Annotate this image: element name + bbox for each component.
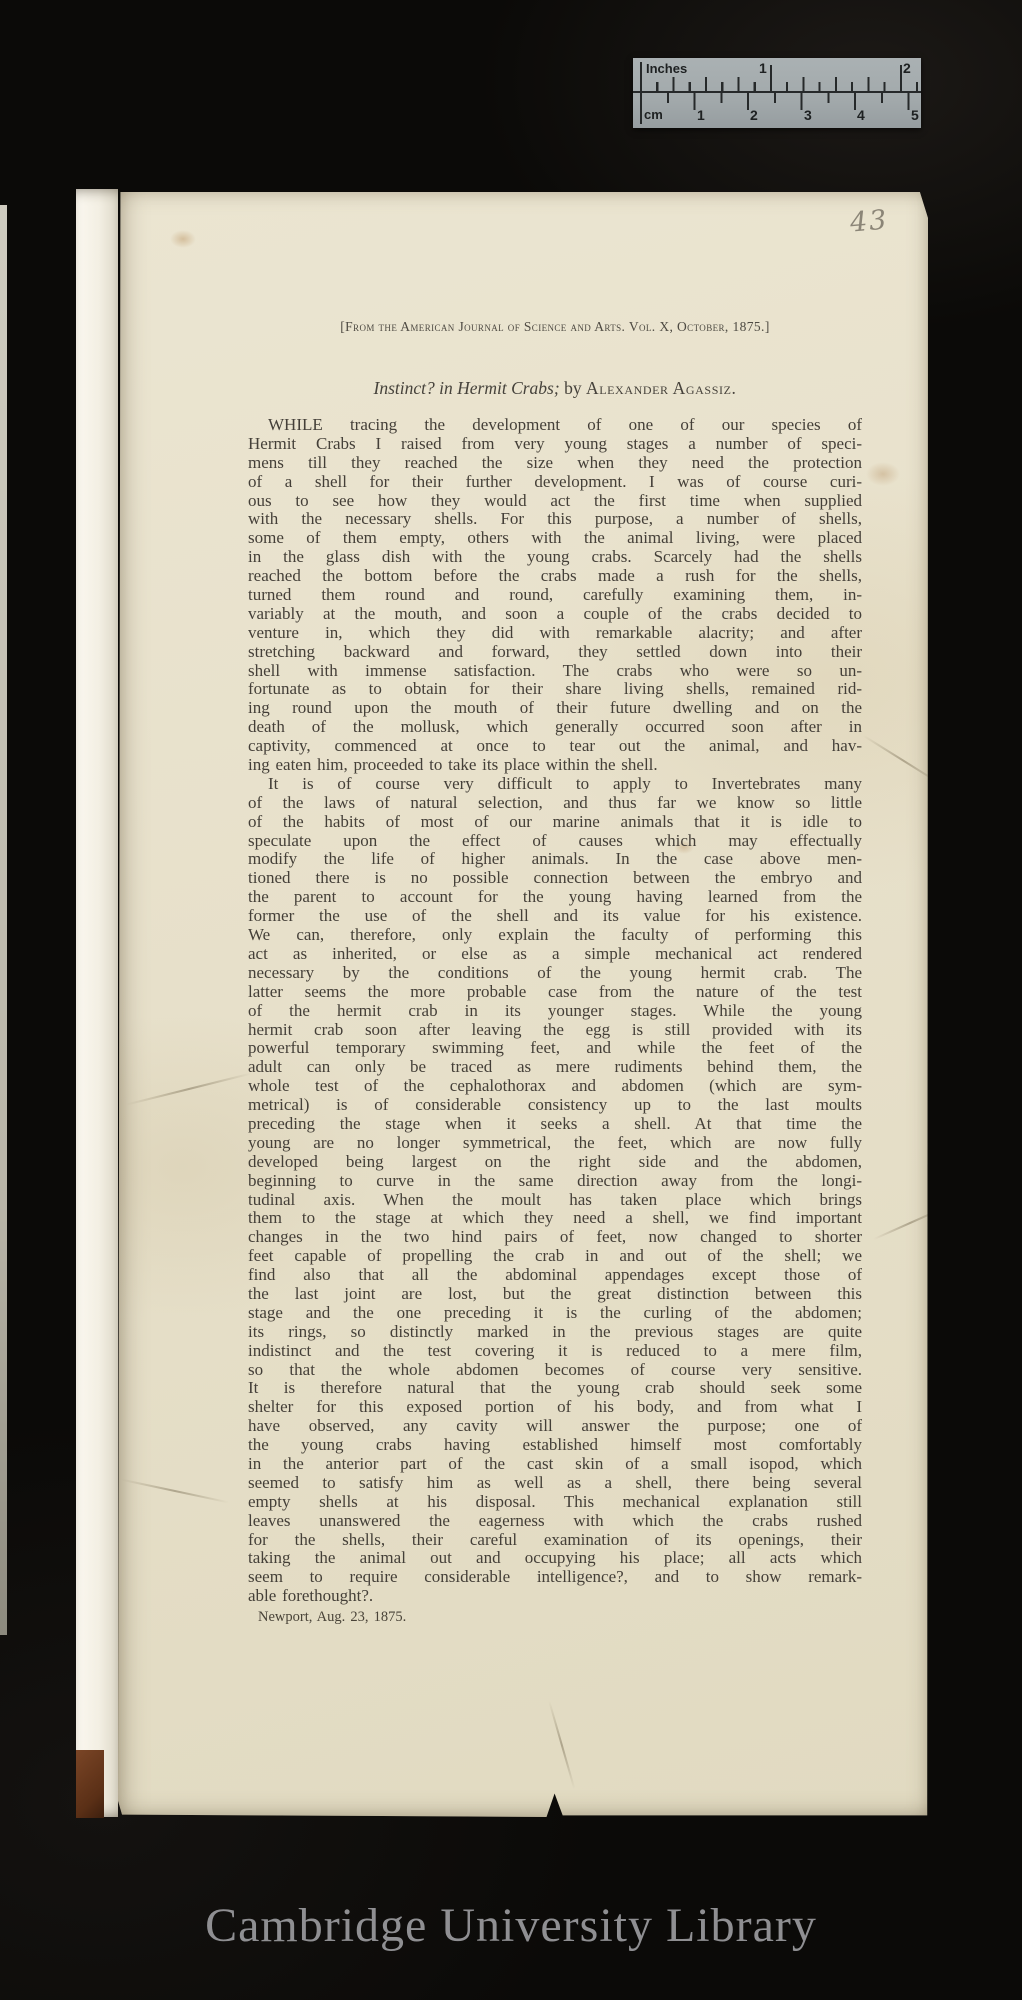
text-line: indistinct and the test covering it is r… [248, 1342, 862, 1361]
text-line: the parent to account for the young havi… [248, 888, 862, 907]
text-line: reached the bottom before the crabs made… [248, 567, 862, 586]
ruler-cm-mark-1: 1 [697, 107, 705, 123]
paper-crease [121, 1479, 229, 1503]
text-line: some of them empty, others with the anim… [248, 529, 862, 548]
text-line: act as inherited, or else as a simple me… [248, 945, 862, 964]
text-line: them to the stage at which they need a s… [248, 1209, 862, 1228]
text-line: necessary by the conditions of the young… [248, 964, 862, 983]
article-title-italic: Instinct? in Hermit Crabs; [374, 378, 560, 398]
dateline: Newport, Aug. 23, 1875. [248, 1608, 862, 1626]
text-line: for the shells, their careful examinatio… [248, 1531, 862, 1550]
measurement-ruler: Inches 1 2 cm 1 2 3 4 5 [633, 58, 921, 128]
text-line: whole test of the cephalothorax and abdo… [248, 1077, 862, 1096]
paper-crease [549, 1700, 576, 1789]
ruler-cm-mark-4: 4 [857, 107, 865, 123]
ruler-cm-ticks [640, 93, 919, 110]
paper-crease [863, 735, 945, 787]
ruler-zero-line [640, 62, 642, 124]
text-line: changes in the two hind pairs of feet, n… [248, 1228, 862, 1247]
text-line: so that the whole abdomen becomes of cou… [248, 1361, 862, 1380]
book-cover-corner [76, 1750, 104, 1818]
ruler-cm-mark-2: 2 [750, 107, 758, 123]
text-line: captivity, commenced at once to tear out… [248, 737, 862, 756]
text-line: latter seems the more probable case from… [248, 983, 862, 1002]
scanned-document-page: 43 [From the American Journal of Science… [118, 192, 928, 1817]
text-line: speculate upon the effect of causes whic… [248, 832, 862, 851]
text-line: It is therefore natural that the young c… [248, 1379, 862, 1398]
text-line: ing round upon the mouth of their future… [248, 699, 862, 718]
text-line: seemed to satisfy him as well as a shell… [248, 1474, 862, 1493]
text-line: venture in, which they did with remarkab… [248, 624, 862, 643]
text-line: shell with immense satisfaction. The cra… [248, 662, 862, 681]
text-line: stretching backward and forward, they se… [248, 643, 862, 662]
text-line: adult can only be traced as mere rudimen… [248, 1058, 862, 1077]
text-line: with the necessary shells. For this purp… [248, 510, 862, 529]
text-line: mens till they reached the size when the… [248, 454, 862, 473]
text-line: of the laws of natural selection, and th… [248, 794, 862, 813]
text-line: its rings, so distinctly marked in the p… [248, 1323, 862, 1342]
handwritten-folio-number: 43 [848, 204, 889, 238]
text-line: in the anterior part of the cast skin of… [248, 1455, 862, 1474]
text-line: former the use of the shell and its valu… [248, 907, 862, 926]
journal-source-line: [From the American Journal of Science an… [248, 319, 862, 335]
library-watermark: Cambridge University Library [0, 1898, 1022, 1953]
text-line: have observed, any cavity will answer th… [248, 1417, 862, 1436]
text-line: leaves unanswered the eagerness with whi… [248, 1512, 862, 1531]
text-line: seem to require considerable intelligenc… [248, 1568, 862, 1587]
text-line: modify the life of higher animals. In th… [248, 850, 862, 869]
text-line: death of the mollusk, which generally oc… [248, 718, 862, 737]
text-line: turned them round and round, carefully e… [248, 586, 862, 605]
text-line: of a shell for their further development… [248, 473, 862, 492]
text-line: the last joint are lost, but the great d… [248, 1285, 862, 1304]
ruler-cm-mark-3: 3 [804, 107, 812, 123]
text-line: of the hermit crab in its younger stages… [248, 1002, 862, 1021]
article-body-text: WHILE tracing the development of one of … [248, 416, 862, 1626]
text-line: powerful temporary swimming feet, and wh… [248, 1039, 862, 1058]
text-line: preceding the stage when it seeks a shel… [248, 1115, 862, 1134]
ruler-inch-ticks [640, 65, 919, 91]
text-line: young are no longer symmetrical, the fee… [248, 1134, 862, 1153]
text-line: feet capable of propelling the crab in a… [248, 1247, 862, 1266]
ruler-cm-label: cm [644, 107, 663, 122]
article-title: Instinct? in Hermit Crabs; by Alexander … [248, 378, 862, 399]
text-line: hermit crab soon after leaving the egg i… [248, 1021, 862, 1040]
paper-stain [866, 462, 900, 486]
text-line: WHILE tracing the development of one of … [248, 416, 862, 435]
text-line: find also that all the abdominal appenda… [248, 1266, 862, 1285]
adjacent-page-edge [0, 205, 7, 1635]
text-line: tioned there is no possible connection b… [248, 869, 862, 888]
paper-stain [170, 230, 196, 248]
book-page-edge-strip [76, 189, 118, 1817]
ruler-cm-mark-5: 5 [911, 107, 919, 123]
text-line: the young crabs having established himse… [248, 1436, 862, 1455]
text-line: in the glass dish with the young crabs. … [248, 548, 862, 567]
paper-crease [126, 1072, 253, 1105]
text-line: We can, therefore, only explain the facu… [248, 926, 862, 945]
text-line: It is of course very difficult to apply … [248, 775, 862, 794]
article-author: Alexander Agassiz. [586, 378, 737, 398]
text-line: beginning to curve in the same direction… [248, 1172, 862, 1191]
text-line: taking the animal out and occupying his … [248, 1549, 862, 1568]
text-line: of the habits of most of our marine anim… [248, 813, 862, 832]
text-line: ous to see how they would act the first … [248, 492, 862, 511]
text-line: metrical) is of considerable consistency… [248, 1096, 862, 1115]
text-line: able forethought?. [248, 1587, 862, 1606]
text-line: Hermit Crabs I raised from very young st… [248, 435, 862, 454]
text-line: shelter for this exposed portion of his … [248, 1398, 862, 1417]
text-line: fortunate as to obtain for their share l… [248, 680, 862, 699]
text-line: variably at the mouth, and soon a couple… [248, 605, 862, 624]
text-line: tudinal axis. When the moult has taken p… [248, 1191, 862, 1210]
text-line: ing eaten him, proceeded to take its pla… [248, 756, 862, 775]
paper-crease [873, 1206, 947, 1240]
text-line: stage and the one preceding it is the cu… [248, 1304, 862, 1323]
article-title-connector: by [564, 378, 582, 398]
text-line: empty shells at his disposal. This mecha… [248, 1493, 862, 1512]
text-line: developed being largest on the right sid… [248, 1153, 862, 1172]
